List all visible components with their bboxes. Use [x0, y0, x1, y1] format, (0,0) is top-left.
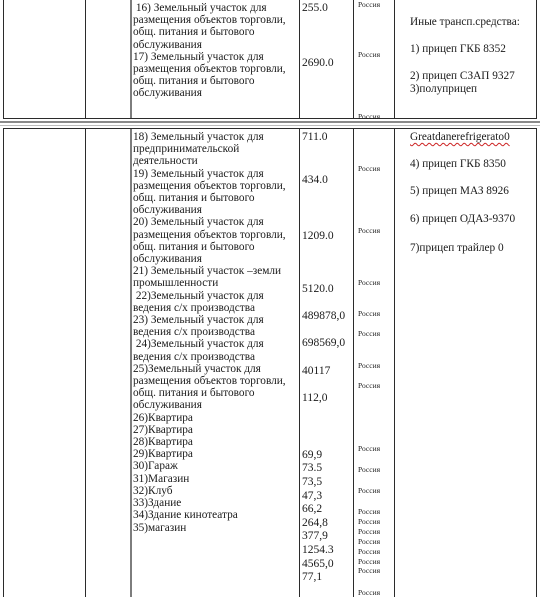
column-divider — [353, 129, 354, 597]
country-value: Россия — [358, 444, 380, 453]
area-value: 1254.3 — [302, 544, 334, 556]
property-item: 16) Земельный участок для размещения объ… — [133, 2, 298, 51]
area-value: 2690.0 — [302, 57, 334, 69]
property-item: 26)Квартира — [133, 412, 298, 424]
country-value: Россия — [358, 164, 380, 173]
vehicle-item: 1) прицеп ГКБ 8352 — [410, 43, 506, 55]
country-value: Россия — [358, 329, 380, 338]
area-value: 255.0 — [302, 2, 328, 14]
property-item: 19) Земельный участок для размещения объ… — [133, 168, 298, 217]
vehicle-item: 7)прицеп трайлер 0 — [410, 242, 504, 254]
property-item: 23) Земельный участок для ведения с/х пр… — [133, 314, 298, 338]
area-value: 711.0 — [302, 131, 327, 143]
country-value: Россия — [358, 226, 380, 235]
area-value: 4565,0 — [302, 558, 334, 570]
area-value: 73,5 — [302, 476, 322, 488]
country-value: Россия — [358, 309, 380, 318]
country-value: Россия — [358, 112, 380, 121]
area-value: 40117 — [302, 365, 330, 377]
country-value: Россия — [358, 361, 380, 370]
country-value: Россия — [358, 465, 380, 474]
property-item: 27)Квартира — [133, 424, 298, 436]
property-item: 28)Квартира — [133, 436, 298, 448]
country-value: Россия — [358, 557, 380, 566]
column-divider — [130, 129, 132, 597]
country-value: Россия — [358, 588, 380, 597]
area-value: 489878,0 — [302, 310, 345, 322]
vehicles-heading: Иные трансп.средства: — [410, 16, 520, 28]
property-item: 17) Земельный участок для размещения объ… — [133, 51, 298, 100]
property-item: 33)Здание — [133, 497, 298, 509]
area-value: 5120.0 — [302, 283, 334, 295]
area-value: 1209.0 — [302, 230, 334, 242]
column-divider — [299, 0, 300, 118]
area-value: 66,2 — [302, 503, 322, 515]
property-item: 25)Земельный участок для размещения объе… — [133, 363, 298, 412]
property-list-bottom: 18) Земельный участок для предпринимател… — [133, 131, 298, 534]
area-value: 47,3 — [302, 490, 322, 502]
column-divider — [85, 0, 86, 118]
property-item: 31)Магазин — [133, 473, 298, 485]
country-value: Россия — [358, 517, 380, 526]
column-divider — [85, 129, 86, 597]
column-divider — [299, 129, 300, 597]
country-value: Россия — [358, 537, 380, 546]
property-item: 18) Земельный участок для предпринимател… — [133, 131, 298, 168]
area-value: 77,1 — [302, 571, 322, 583]
column-divider — [394, 129, 395, 597]
vehicle-item: 5) прицеп МАЗ 8926 — [410, 185, 509, 197]
page-break-rule — [0, 125, 540, 126]
property-item: 22)Земельный участок для ведения с/х про… — [133, 290, 298, 314]
property-item: 29)Квартира — [133, 448, 298, 460]
country-value: Россия — [358, 547, 380, 556]
column-divider — [353, 0, 354, 118]
area-value: 377,9 — [302, 530, 328, 542]
vehicle-item: 2) прицеп СЗАП 9327 — [410, 70, 515, 82]
vehicle-item: 3)полуприцеп — [410, 83, 477, 95]
property-item: 24)Земельный участок для ведения с/х про… — [133, 338, 298, 362]
area-value: 73.5 — [302, 462, 322, 474]
page-break-rule — [0, 121, 540, 123]
country-value: Россия — [358, 527, 380, 536]
area-value: 434.0 — [302, 174, 328, 186]
property-item: 34)Здание кинотеатра — [133, 509, 298, 521]
country-value: Россия — [358, 486, 380, 495]
property-item: 30)Гараж — [133, 460, 298, 472]
property-item: 20) Земельный участок для размещения объ… — [133, 216, 298, 265]
vehicle-item: 6) прицеп ОДАЗ-9370 — [410, 213, 515, 225]
property-item: 21) Земельный участок –земли промышленно… — [133, 265, 298, 289]
column-divider — [130, 0, 132, 118]
country-value: Россия — [358, 507, 380, 516]
area-value: 264,8 — [302, 517, 328, 529]
property-item: 35)магазин — [133, 522, 298, 534]
country-value: Россия — [358, 50, 380, 59]
column-divider — [394, 0, 395, 118]
country-value: Россия — [358, 381, 380, 390]
vehicle-item: 4) прицеп ГКБ 8350 — [410, 158, 506, 170]
area-value: 112,0 — [302, 392, 327, 404]
country-value: Россия — [358, 278, 380, 287]
country-value: Россия — [358, 566, 380, 575]
property-list-top: 16) Земельный участок для размещения объ… — [133, 2, 298, 100]
area-value: 698569,0 — [302, 337, 345, 349]
vehicle-item: Greatdanerefrigerato0 — [410, 131, 510, 143]
property-item: 32)Клуб — [133, 485, 298, 497]
area-value: 69,9 — [302, 449, 322, 461]
country-value: Россия — [358, 0, 380, 9]
